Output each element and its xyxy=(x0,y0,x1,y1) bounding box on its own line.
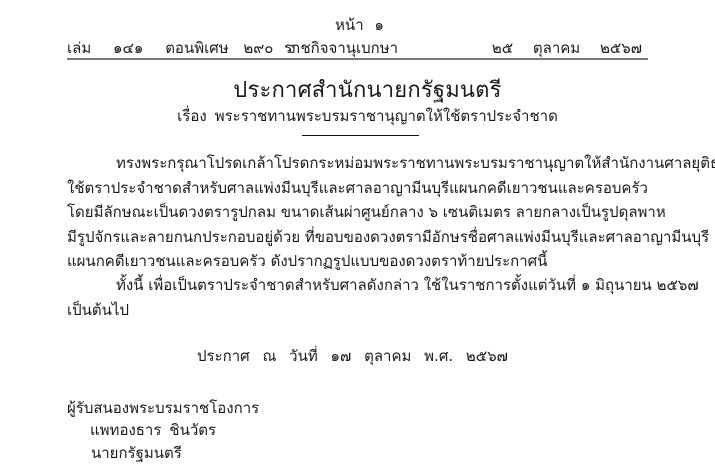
announcement-subject: เรื่องพระราชทานพระบรมราชานุญาตให้ใช้ตราป… xyxy=(0,104,715,128)
date-prefix: ประกาศ xyxy=(197,347,250,365)
paragraph-line: ทั้งนี้ เพื่อเป็นตราประจำชาดสำหรับศาลดัง… xyxy=(67,273,648,298)
gazette-date: ๒๕ ตุลาคม ๒๕๖๗ xyxy=(477,36,642,60)
gazette-date-month: ตุลาคม xyxy=(533,39,580,57)
body-paragraph-1: ทรงพระกรุณาโปรดเกล้าโปรดกระหม่อมพระราชทา… xyxy=(67,151,648,274)
section-label: ตอนพิเศษ xyxy=(165,39,228,57)
paragraph-line: มีรูปจักรและลายกนกประกอบอยู่ด้วย ที่ขอบข… xyxy=(67,225,648,250)
title-divider xyxy=(302,135,419,136)
date-at: ณ xyxy=(262,347,276,365)
signatory-last-name: ชินวัตร xyxy=(169,421,216,439)
date-year: ๒๕๖๗ xyxy=(466,347,508,365)
page-number: หน้า ๑ xyxy=(0,13,715,37)
volume-number: ๑๔๑ xyxy=(113,39,143,57)
paragraph-line: โดยมีลักษณะเป็นดวงตรารูปกลม ขนาดเส้นผ่าศ… xyxy=(67,200,648,225)
body-paragraph-2: ทั้งนี้ เพื่อเป็นตราประจำชาดสำหรับศาลดัง… xyxy=(67,273,648,322)
announcement-date: ประกาศ ณ วันที่ ๑๗ ตุลาคม พ.ศ. ๒๕๖๗ xyxy=(197,344,516,368)
countersign-line: ผู้รับสนองพระบรมราชโองการ xyxy=(67,396,259,420)
signatory-first-name: แพทองธาร xyxy=(90,421,161,439)
paragraph-line: ใช้ตราประจำชาดสำหรับศาลแพ่งมีนบุรีและศาล… xyxy=(67,176,648,201)
paragraph-line: เป็นต้นไป xyxy=(67,298,648,323)
gazette-date-year: ๒๕๖๗ xyxy=(600,39,642,57)
volume-label: เล่ม xyxy=(67,39,91,57)
date-month: ตุลาคม xyxy=(364,347,411,365)
gazette-volume-info: เล่ม ๑๔๑ ตอนพิเศษ ๒๙๐ ง xyxy=(67,36,313,60)
publication-name: ราชกิจจานุเบกษา xyxy=(284,36,398,60)
section-number: ๒๙๐ xyxy=(243,39,273,57)
date-day: ๑๗ xyxy=(331,347,352,365)
subject-label: เรื่อง xyxy=(177,107,207,125)
paragraph-line: แผนกคดีเยาวชนและครอบครัว ดังปรากฏรูปแบบข… xyxy=(67,249,648,274)
page-value: ๑ xyxy=(374,16,384,34)
paragraph-line: ทรงพระกรุณาโปรดเกล้าโปรดกระหม่อมพระราชทา… xyxy=(67,151,648,176)
signatory-position: นายกรัฐมนตรี xyxy=(91,441,182,465)
subject-text: พระราชทานพระบรมราชานุญาตให้ใช้ตราประจำชา… xyxy=(215,107,558,125)
gazette-page: หน้า ๑ เล่ม ๑๔๑ ตอนพิเศษ ๒๙๐ ง ราชกิจจาน… xyxy=(0,0,715,475)
page-label: หน้า xyxy=(335,16,364,34)
announcement-title: ประกาศสำนักนายกรัฐมนตรี xyxy=(0,72,715,107)
signatory-name: แพทองธารชินวัตร xyxy=(90,418,224,442)
gazette-date-day: ๒๕ xyxy=(492,39,513,57)
date-day-label: วันที่ xyxy=(289,347,318,365)
date-era: พ.ศ. xyxy=(424,347,453,365)
gazette-header: เล่ม ๑๔๑ ตอนพิเศษ ๒๙๐ ง ราชกิจจานุเบกษา … xyxy=(67,36,648,60)
